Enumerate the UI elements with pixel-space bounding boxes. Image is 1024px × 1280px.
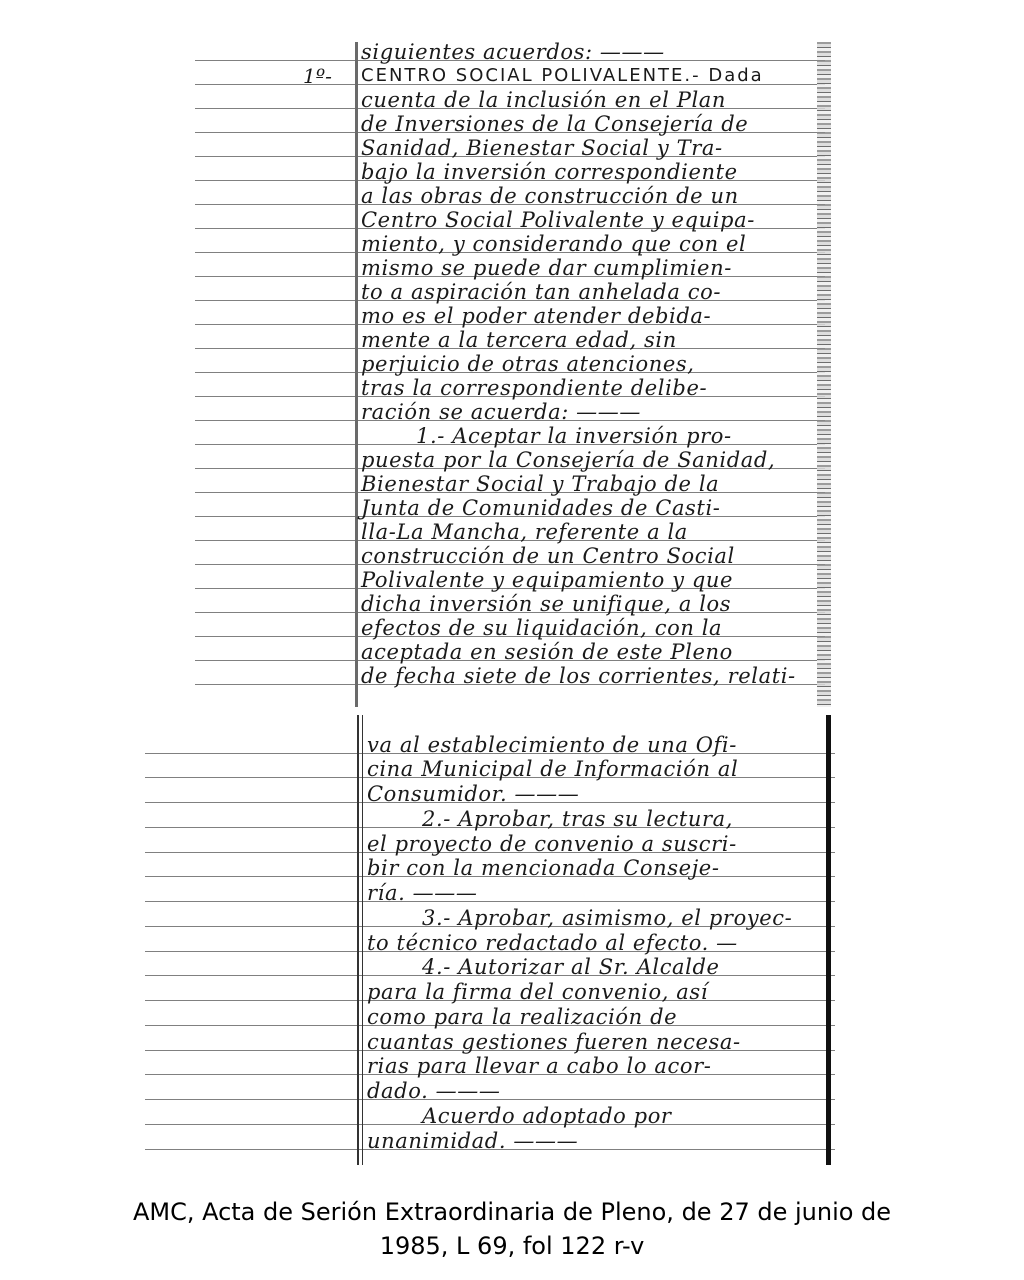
text-line: siguientes acuerdos: ——— [361,42,665,63]
text-line: mente a la tercera edad, sin [361,330,677,351]
margin-line-double [362,715,363,1165]
text-line: va al establecimiento de una Ofi- [367,735,737,756]
text-line: aceptada en sesión de este Pleno [361,642,733,663]
text-line: como para la realización de [367,1007,677,1028]
text-line: mismo se puede dar cumplimien- [361,258,732,279]
margin-line [357,715,359,1165]
text-line: rias para llevar a cabo lo acor- [367,1056,711,1077]
text-line: Bienestar Social y Trabajo de la [361,474,719,495]
text-line: lla-La Mancha, referente a la [361,522,688,543]
text-line: 2.- Aprobar, tras su lectura, [367,809,733,830]
caption-line-1: AMC, Acta de Serión Extraordinaria de Pl… [0,1195,1024,1229]
margin-note: 1º- [303,64,332,88]
text-line: Centro Social Polivalente y equipa- [361,210,755,231]
text-line: construcción de un Centro Social [361,546,735,567]
image-caption: AMC, Acta de Serión Extraordinaria de Pl… [0,1195,1024,1263]
section-heading: CENTRO SOCIAL POLIVALENTE.- Dada [361,67,764,85]
text-line: to técnico redactado al efecto. — [367,933,738,954]
text-line: de Inversiones de la Consejería de [361,114,748,135]
caption-line-2: 1985, L 69, fol 122 r-v [0,1229,1024,1263]
text-line: cuantas gestiones fueren necesa- [367,1032,741,1053]
text-line: dado. ——— [367,1081,500,1102]
text-line: to a aspiración tan anhelada co- [361,282,721,303]
text-line: Acuerdo adoptado por [367,1106,672,1127]
text-line: efectos de su liquidación, con la [361,618,722,639]
margin-line [355,42,358,707]
text-line: perjuicio de otras atenciones, [361,354,695,375]
text-line: a las obras de construcción de un [361,186,739,207]
scanned-page-bottom: va al establecimiento de una Ofi- cina M… [145,715,835,1165]
text-line: ración se acuerda: ——— [361,402,641,423]
page-edge [826,715,831,1165]
text-line: cuenta de la inclusión en el Plan [361,90,726,111]
text-line: tras la correspondiente delibe- [361,378,707,399]
text-line: de fecha siete de los corrientes, relati… [361,666,796,687]
text-line: mo es el poder atender debida- [361,306,711,327]
text-line: Polivalente y equipamiento y que [361,570,733,591]
text-line: dicha inversión se unifique, a los [361,594,731,615]
text-line: puesta por la Consejería de Sanidad, [361,450,775,471]
text-line: unanimidad. ——— [367,1131,578,1152]
scanned-page-top: 1º- siguientes acuerdos: ——— CENTRO SOCI… [195,42,840,707]
text-line: Junta de Comunidades de Casti- [361,498,721,519]
page-binding-edge [817,42,831,707]
text-line: 3.- Aprobar, asimismo, el proyec- [367,908,792,929]
text-line: ría. ——— [367,883,477,904]
text-line: 4.- Autorizar al Sr. Alcalde [367,957,720,978]
text-line: el proyecto de convenio a suscri- [367,834,737,855]
text-line: cina Municipal de Información al [367,759,738,780]
text-line: bajo la inversión correspondiente [361,162,738,183]
text-line: 1.- Aceptar la inversión pro- [361,426,732,447]
text-line: Sanidad, Bienestar Social y Tra- [361,138,723,159]
text-line: para la firma del convenio, así [367,982,708,1003]
text-line: miento, y considerando que con el [361,234,746,255]
text-line: Consumidor. ——— [367,784,579,805]
text-line: bir con la mencionada Conseje- [367,858,720,879]
